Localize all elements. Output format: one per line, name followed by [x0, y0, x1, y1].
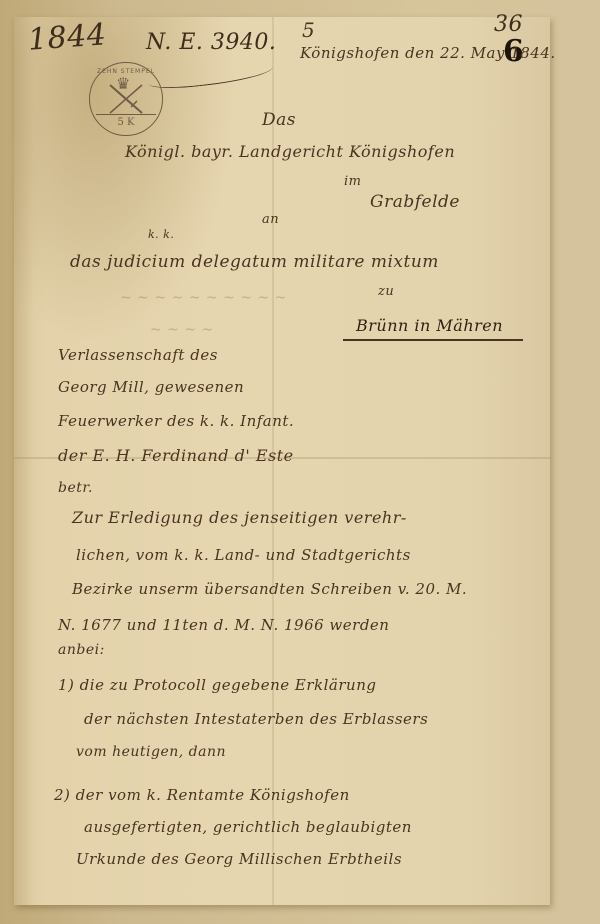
tax-stamp: ZEHN STEMPEL ♛ 5 K: [89, 62, 163, 136]
address-line-das: Das: [262, 110, 296, 130]
reference-number: N. E. 3940.: [146, 30, 276, 55]
subject-line-5: betr.: [58, 480, 93, 496]
address-line-destination: Brünn in Mähren: [356, 316, 503, 335]
body-line-2: lichen, vom k. k. Land- und Stadtgericht…: [76, 546, 411, 564]
paper-edge-shading: [14, 17, 34, 905]
address-line-zu: zu: [378, 284, 394, 299]
address-line-judicium: das judicium delegatum militare mixtum: [70, 252, 439, 272]
enumerated-item-2-line-1: 2) der vom k. Rentamte Königshofen: [54, 786, 350, 804]
body-line-5: anbei:: [58, 642, 105, 658]
stamp-divider: [96, 114, 156, 115]
stamp-value: 5 K: [90, 117, 162, 128]
address-line-court: Königl. bayr. Landgericht Königshofen: [125, 142, 455, 161]
crossed-swords-icon: [104, 81, 148, 115]
enumerated-item-2-line-3: Urkunde des Georg Millischen Erbtheils: [76, 850, 402, 868]
enumerated-item-1-line-3: vom heutigen, dann: [76, 744, 226, 760]
page-mark-small: 5: [302, 18, 315, 42]
year-annotation: 1844: [27, 17, 108, 57]
address-line-grabfelde: Grabfelde: [370, 192, 460, 212]
subject-line-4: der E. H. Ferdinand d' Este: [58, 446, 294, 465]
address-line-im: im: [344, 174, 362, 189]
body-line-3: Bezirke unserm übersandten Schreiben v. …: [72, 580, 467, 598]
subject-line-1: Verlassenschaft des: [58, 346, 218, 364]
address-kk-abbrev: k. k.: [148, 228, 174, 241]
subject-line-3: Feuerwerker des k. k. Infant.: [58, 412, 294, 430]
body-line-4: N. 1677 und 11ten d. M. N. 1966 werden: [58, 616, 389, 634]
destination-underline: [343, 339, 523, 341]
address-line-an: an: [262, 212, 279, 227]
bleedthrough-text-2: ~ ~ ~ ~: [150, 322, 214, 338]
enumerated-item-1-line-2: der nächsten Intestaterben des Erblasser…: [84, 710, 428, 728]
body-line-1: Zur Erledigung des jenseitigen verehr-: [72, 508, 407, 527]
subject-line-2: Georg Mill, gewesenen: [58, 378, 244, 396]
place-date-line: Königshofen den 22. May 1844.: [300, 44, 556, 62]
enumerated-item-2-line-2: ausgefertigten, gerichtlich beglaubigten: [84, 818, 412, 836]
enumerated-item-1-line-1: 1) die zu Protocoll gegebene Erklärung: [58, 676, 376, 694]
bleedthrough-text-1: ~ ~ ~ ~ ~ ~ ~ ~ ~ ~: [120, 290, 287, 306]
